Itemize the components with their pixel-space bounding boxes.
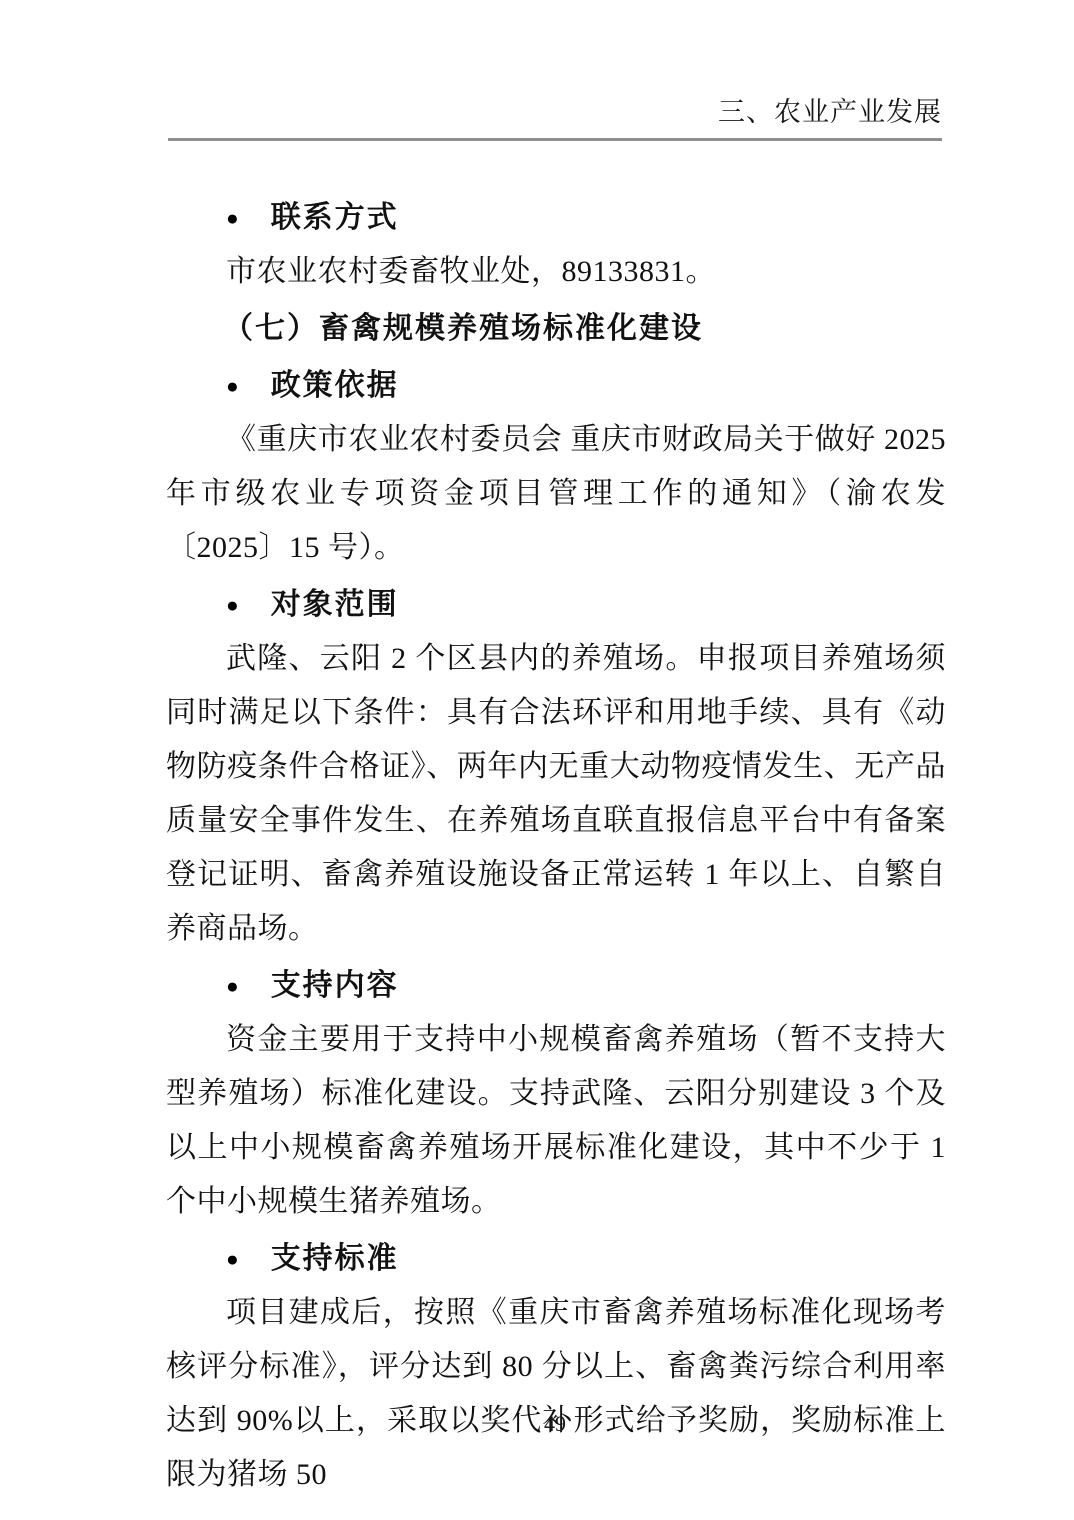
- document-body: ●联系方式 市农业农村委畜牧业处，89133831。 （七）畜禽规模养殖场标准化…: [166, 188, 946, 1502]
- contact-info-paragraph: 市农业农村委畜牧业处，89133831。: [166, 245, 946, 299]
- bullet-icon: ●: [226, 959, 239, 1013]
- policy-basis-heading: ●政策依据: [166, 359, 946, 413]
- contact-heading: ●联系方式: [166, 191, 946, 245]
- scope-heading-label: 对象范围: [271, 588, 399, 621]
- support-standard-heading-label: 支持标准: [271, 1242, 399, 1275]
- support-content-heading-label: 支持内容: [271, 969, 399, 1002]
- contact-heading-label: 联系方式: [271, 201, 399, 234]
- document-page: 三、农业产业发展 ●联系方式 市农业农村委畜牧业处，89133831。 （七）畜…: [0, 0, 1074, 1520]
- bullet-icon: ●: [226, 191, 239, 245]
- support-content-paragraph: 资金主要用于支持中小规模畜禽养殖场（暂不支持大型养殖场）标准化建设。支持武隆、云…: [166, 1013, 946, 1229]
- policy-basis-heading-label: 政策依据: [271, 369, 399, 402]
- header-divider: [168, 138, 942, 141]
- support-standard-paragraph: 项目建成后，按照《重庆市畜禽养殖场标准化现场考核评分标准》，评分达到 80 分以…: [166, 1286, 946, 1502]
- page-number: 49: [168, 1410, 942, 1438]
- scope-heading: ●对象范围: [166, 578, 946, 632]
- bullet-icon: ●: [226, 1232, 239, 1286]
- policy-basis-paragraph: 《重庆市农业农村委员会 重庆市财政局关于做好 2025 年市级农业专项资金项目管…: [166, 413, 946, 575]
- support-content-heading: ●支持内容: [166, 959, 946, 1013]
- support-standard-heading: ●支持标准: [166, 1232, 946, 1286]
- section-heading: （七）畜禽规模养殖场标准化建设: [166, 302, 946, 356]
- bullet-icon: ●: [226, 578, 239, 632]
- running-header-title: 三、农业产业发展: [168, 96, 942, 128]
- bullet-icon: ●: [226, 359, 239, 413]
- scope-paragraph: 武隆、云阳 2 个区县内的养殖场。申报项目养殖场须同时满足以下条件：具有合法环评…: [166, 632, 946, 956]
